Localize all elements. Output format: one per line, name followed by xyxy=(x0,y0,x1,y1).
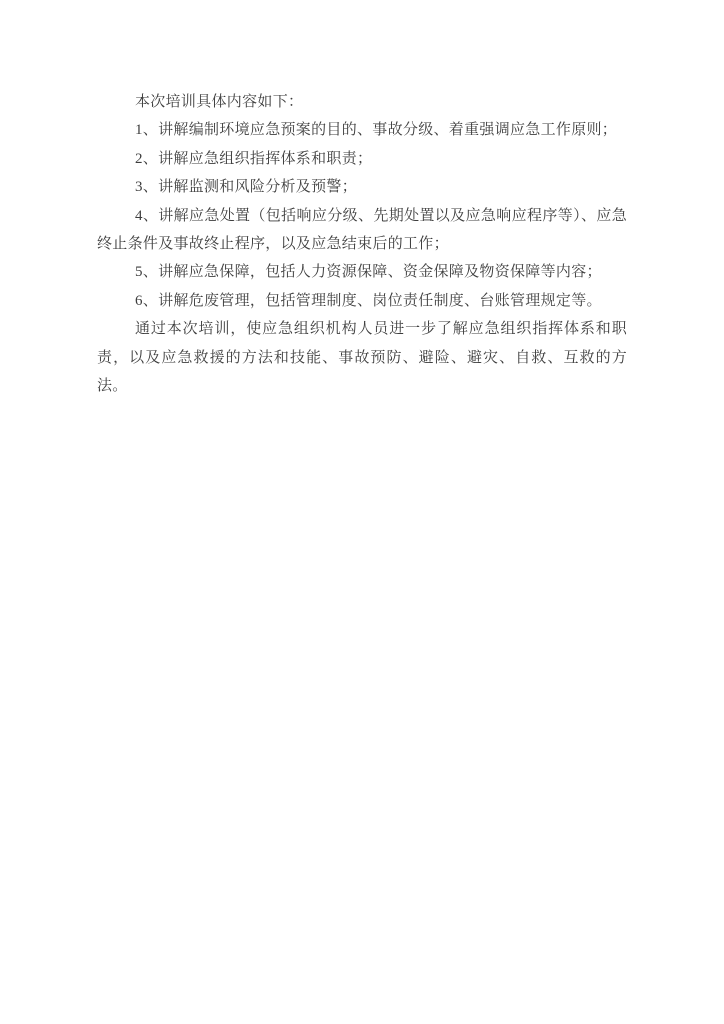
training-item-1: 1、讲解编制环境应急预案的目的、事故分级、着重强调应急工作原则； xyxy=(97,116,627,144)
training-item-3: 3、讲解监测和风险分析及预警； xyxy=(97,173,627,201)
training-item-5: 5、讲解应急保障，包括人力资源保障、资金保障及物资保障等内容； xyxy=(97,258,627,286)
training-item-4: 4、讲解应急处置（包括响应分级、先期处置以及应急响应程序等）、应急终止条件及事故… xyxy=(97,202,627,259)
intro-paragraph: 本次培训具体内容如下： xyxy=(97,88,627,116)
training-item-6: 6、讲解危废管理，包括管理制度、岗位责任制度、台账管理规定等。 xyxy=(97,287,627,315)
document-page: 本次培训具体内容如下： 1、讲解编制环境应急预案的目的、事故分级、着重强调应急工… xyxy=(0,0,724,1024)
closing-paragraph: 通过本次培训，使应急组织机构人员进一步了解应急组织指挥体系和职责，以及应急救援的… xyxy=(97,315,627,400)
training-item-2: 2、讲解应急组织指挥体系和职责； xyxy=(97,145,627,173)
